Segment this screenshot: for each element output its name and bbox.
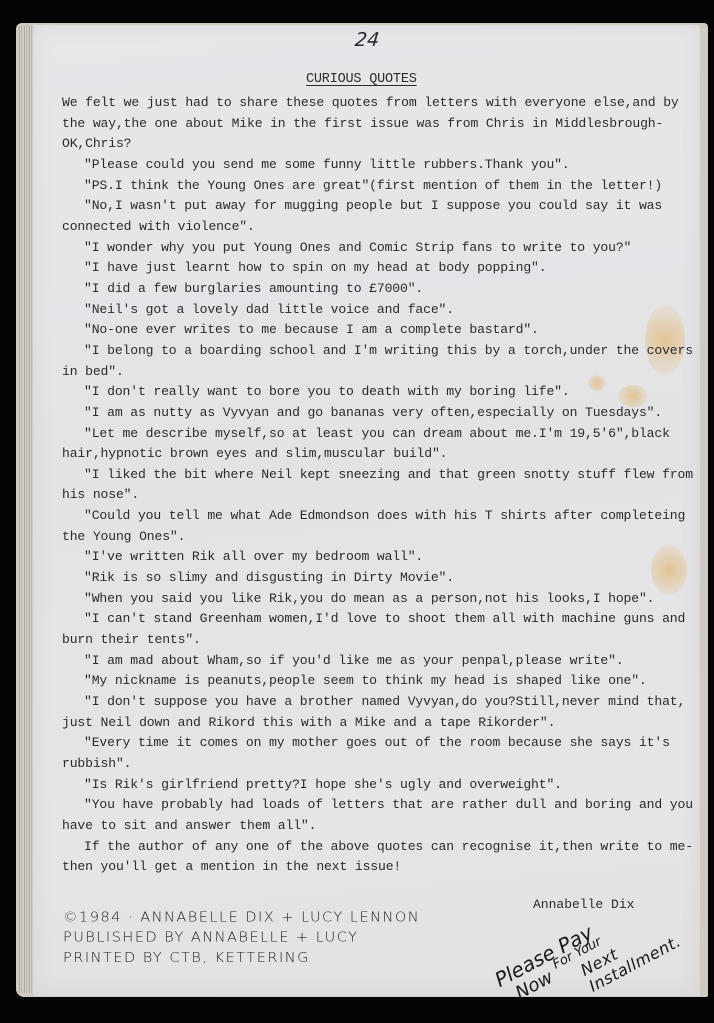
quote-paragraph: "You have probably had loads of letters …: [62, 795, 702, 836]
quote-paragraph: "Rik is so slimy and disgusting in Dirty…: [62, 568, 702, 589]
note-line: Next Installment.: [578, 911, 694, 995]
quote-paragraph: "Every time it comes on my mother goes o…: [62, 733, 702, 774]
quote-paragraph: "I liked the bit where Neil kept sneezin…: [62, 465, 702, 506]
quote-paragraph: "I am mad about Wham,so if you'd like me…: [62, 651, 702, 672]
copyright-line: ©1984 · ANNABELLE DIX + LUCY LENNON: [63, 908, 420, 928]
quote-paragraph: "Neil's got a lovely dad little voice an…: [62, 300, 702, 321]
page-title: CURIOUS QUOTES: [306, 72, 417, 87]
quote-paragraph: "I belong to a boarding school and I'm w…: [62, 341, 702, 382]
quote-paragraph: "I've written Rik all over my bedroom wa…: [62, 547, 702, 568]
quote-paragraph: "When you said you like Rik,you do mean …: [62, 589, 702, 610]
document-page: 24 CURIOUS QUOTES We felt we just had to…: [33, 25, 700, 996]
quote-paragraph: "I don't really want to bore you to deat…: [62, 382, 702, 403]
quote-paragraph: "I wonder why you put Young Ones and Com…: [62, 238, 702, 259]
quote-paragraph: "I can't stand Greenham women,I'd love t…: [62, 609, 702, 650]
quote-paragraph: "No,I wasn't put away for mugging people…: [62, 196, 702, 237]
quote-paragraph: "I have just learnt how to spin on my he…: [62, 258, 702, 279]
page-edge: [19, 26, 22, 993]
quote-paragraph: "PS.I think the Young Ones are great"(fi…: [62, 176, 702, 197]
quote-paragraph: "I did a few burglaries amounting to £70…: [62, 279, 702, 300]
quote-paragraph: "I am as nutty as Vyvyan and go bananas …: [62, 403, 702, 424]
published-line: PUBLISHED BY ANNABELLE + LUCY: [63, 928, 420, 948]
page-edge: [24, 26, 27, 993]
quote-paragraph: "I don't suppose you have a brother name…: [62, 692, 702, 733]
page-edge: [29, 26, 32, 993]
page-number: 24: [354, 29, 380, 51]
quote-paragraph: "My nickname is peanuts,people seem to t…: [62, 671, 702, 692]
quote-paragraph: "Is Rik's girlfriend pretty?I hope she's…: [62, 775, 702, 796]
quote-paragraph: "No-one ever writes to me because I am a…: [62, 320, 702, 341]
intro-paragraph: We felt we just had to share these quote…: [62, 93, 702, 155]
imprint: ©1984 · ANNABELLE DIX + LUCY LENNON PUBL…: [63, 908, 420, 969]
quote-paragraph: "Could you tell me what Ade Edmondson do…: [62, 506, 702, 547]
quote-paragraph: "Let me describe myself,so at least you …: [62, 424, 702, 465]
body-text: We felt we just had to share these quote…: [62, 93, 702, 878]
printed-line: PRINTED BY CTB, KETTERING: [63, 948, 420, 968]
quote-paragraph: "Please could you send me some funny lit…: [62, 155, 702, 176]
